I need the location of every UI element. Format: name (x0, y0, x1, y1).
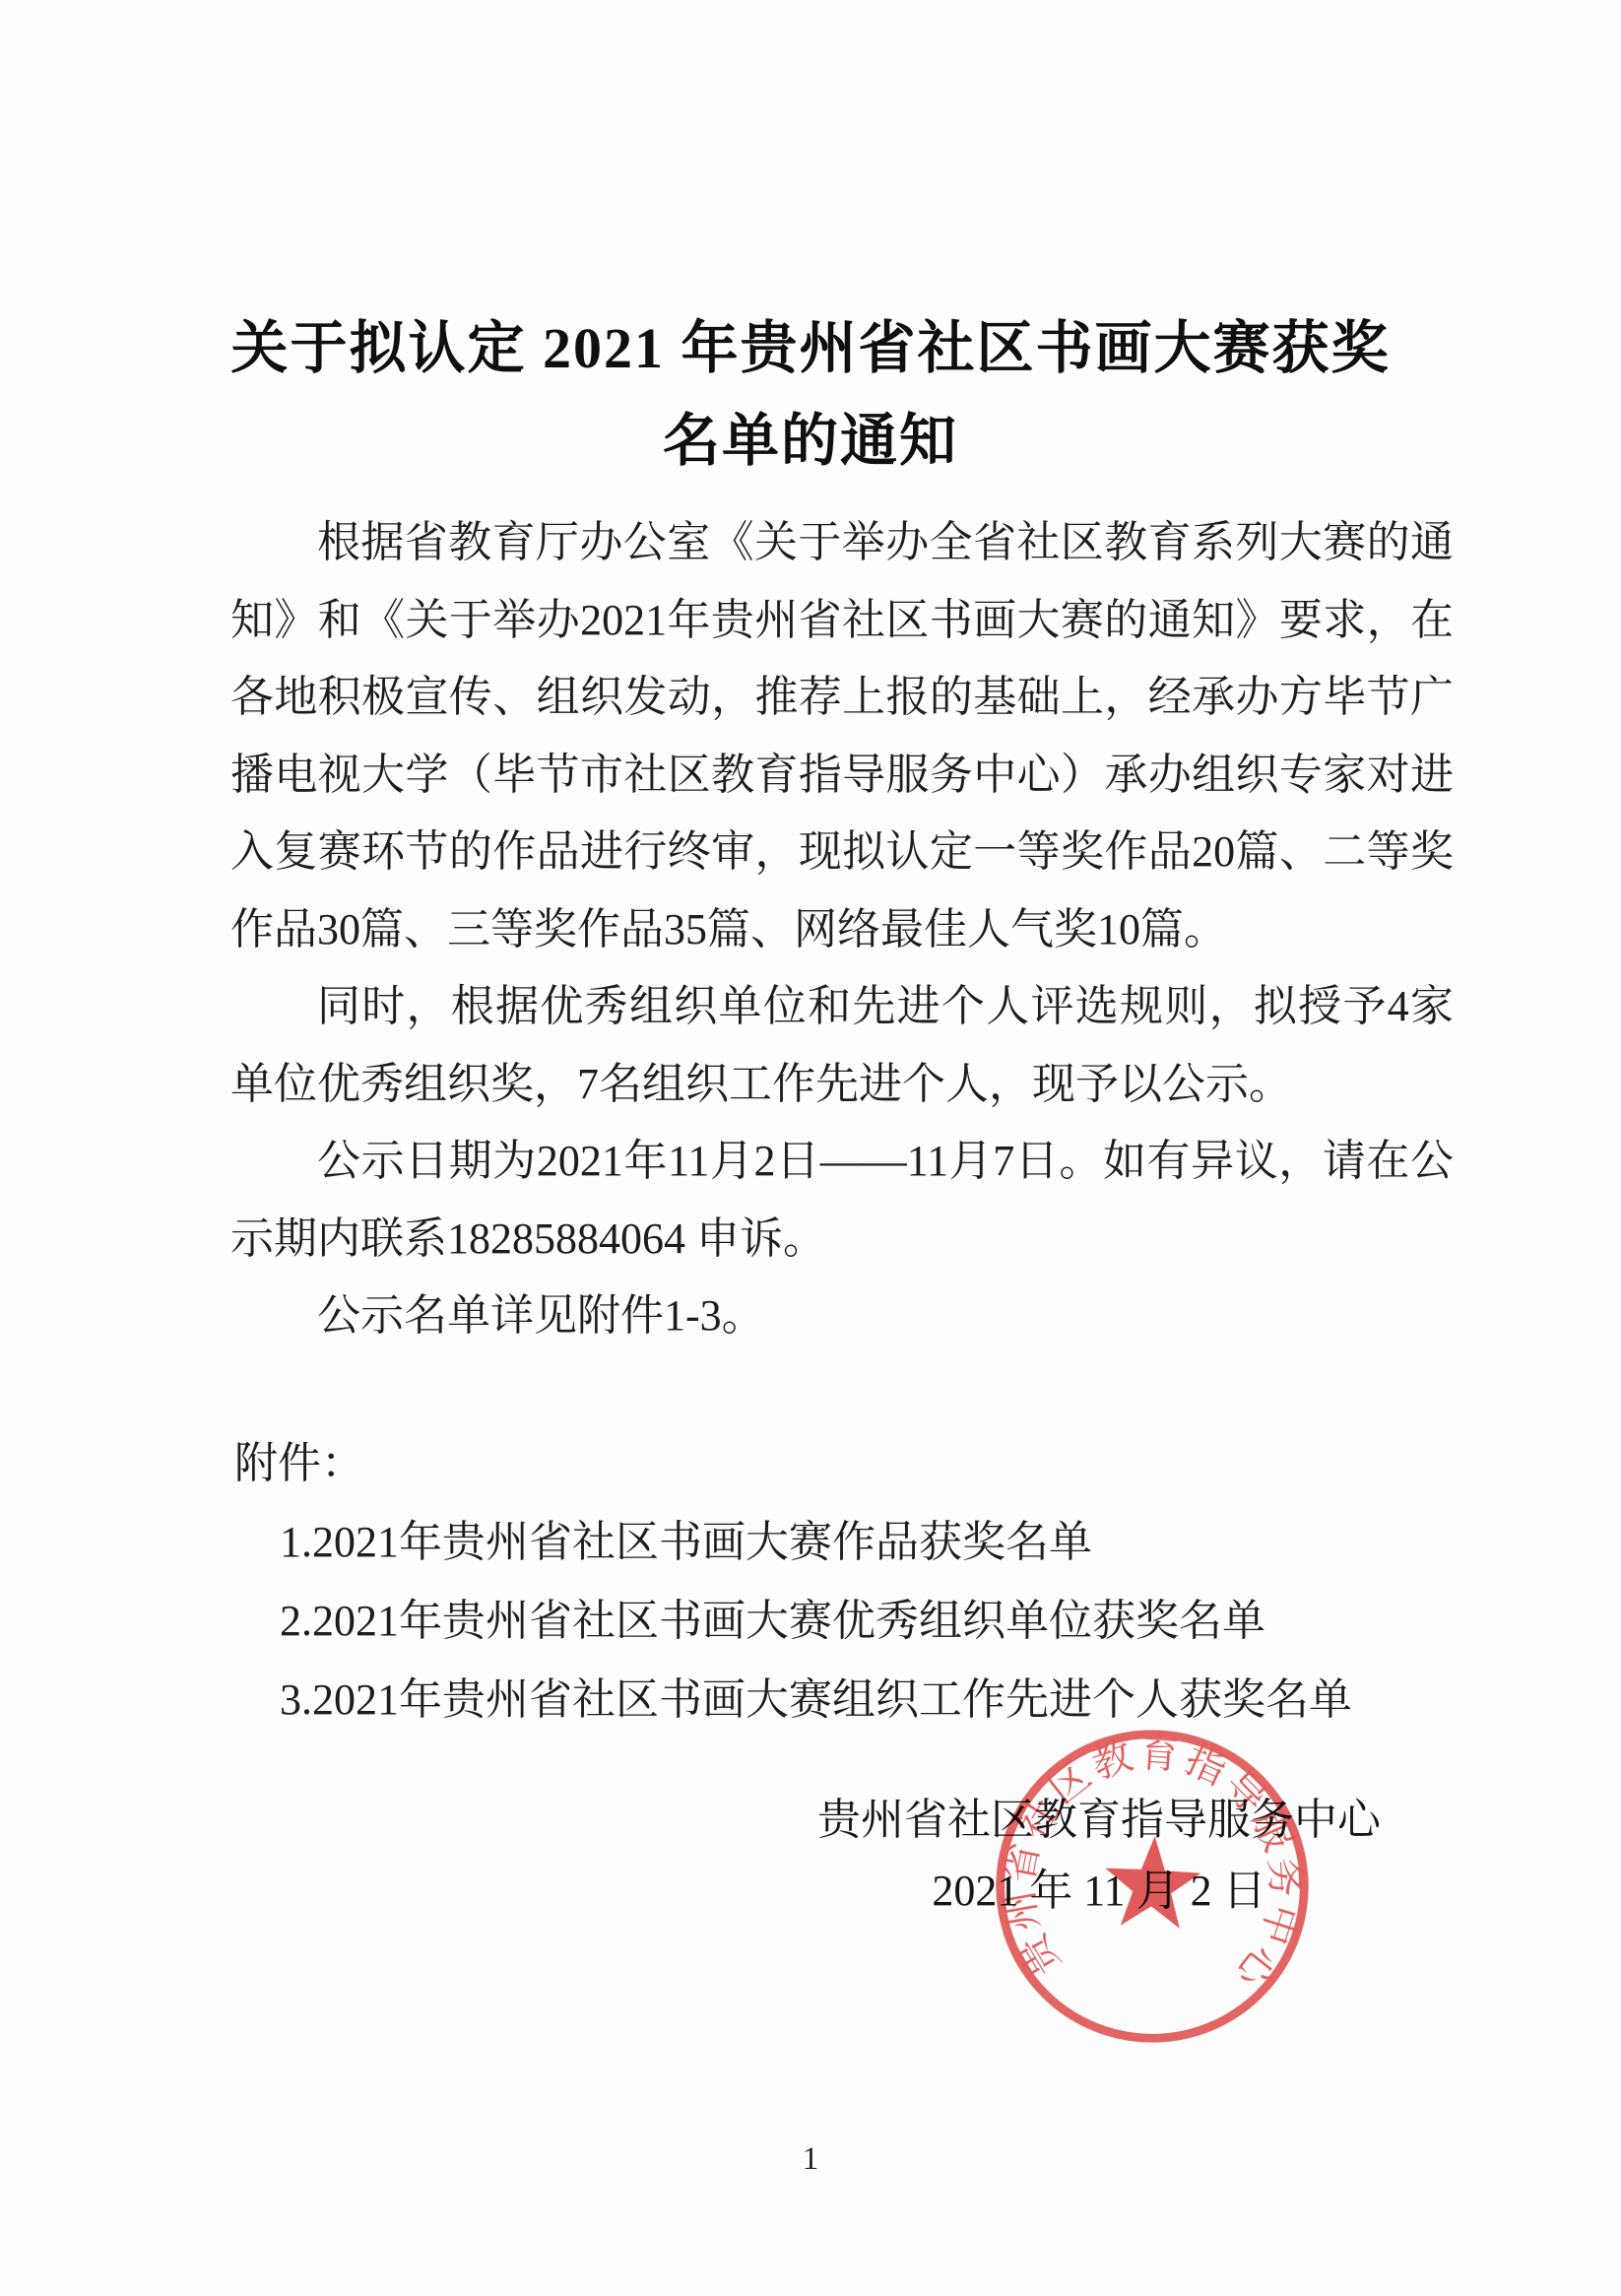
document-title-line-1: 关于拟认定 2021 年贵州省社区书画大赛获奖 (0, 301, 1621, 384)
paragraph-1: 根据省教育厅办公室《关于举办全省社区教育系列大赛的通知》和《关于举办2021年贵… (230, 504, 1454, 968)
paragraph-4: 公示名单详见附件1-3。 (230, 1278, 1454, 1355)
attachment-item-2: 2.2021年贵州省社区书画大赛优秀组织单位获奖名单 (234, 1582, 1458, 1661)
document-page: 关于拟认定 2021 年贵州省社区书画大赛获奖 名单的通知 根据省教育厅办公室《… (0, 0, 1621, 2296)
official-seal-stamp: 贵州省社区教育指导服务中心 (979, 1713, 1325, 2059)
paragraph-2: 同时，根据优秀组织单位和先进个人评选规则，拟授予4家单位优秀组织奖，7名组织工作… (230, 968, 1454, 1123)
page-number: 1 (0, 2141, 1621, 2178)
document-body: 根据省教育厅办公室《关于举办全省社区教育系列大赛的通知》和《关于举办2021年贵… (230, 504, 1454, 1355)
seal-star-icon (1102, 1833, 1202, 1929)
document-title-line-2: 名单的通知 (0, 394, 1621, 477)
attachment-item-1: 1.2021年贵州省社区书画大赛作品获奖名单 (234, 1503, 1458, 1582)
paragraph-3: 公示日期为2021年11月2日——11月7日。如有异议，请在公示期内联系1828… (230, 1123, 1454, 1278)
attachments-section: 附件： 1.2021年贵州省社区书画大赛作品获奖名单 2.2021年贵州省社区书… (234, 1424, 1458, 1739)
attachments-label: 附件： (234, 1424, 1458, 1503)
